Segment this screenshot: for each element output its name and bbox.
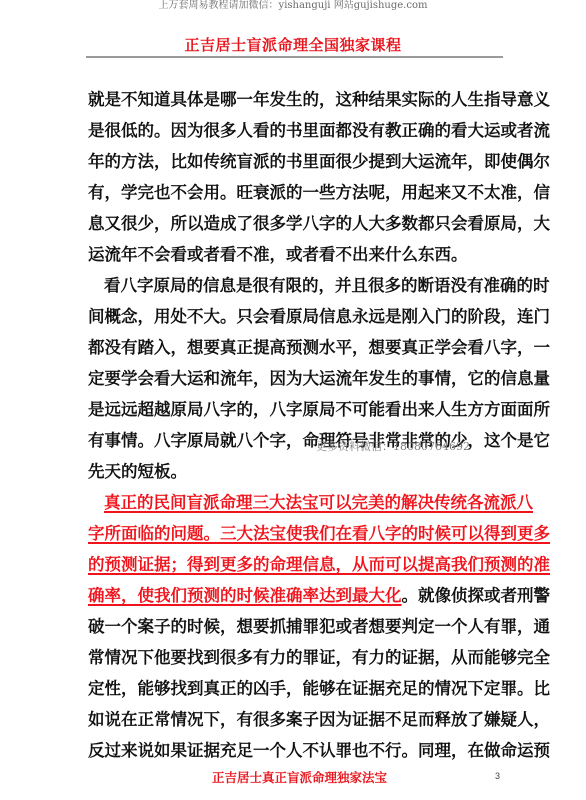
- body-line: 是远远超越原局八字的，八字原局不可能看出来人生方方面面所: [88, 394, 502, 425]
- body-line: 破一个案子的时候，想要抓捕罪犯或者想要判定一个人有罪，通: [88, 611, 502, 642]
- mixed-line: 确率，使我们预测的时候准确率达到最大化。就像侦探或者刑警: [88, 580, 502, 611]
- body-line: 定要学会看大运和流年，因为大运流年发生的事情，它的信息量: [88, 363, 502, 394]
- body-line: 反过来说如果证据充足一个人不认罪也不行。同理，在做命运预: [88, 735, 502, 766]
- body-line-paragraph-start: 看八字原局的信息是很有限的，并且很多的断语没有准确的时: [88, 270, 502, 301]
- highlighted-line: 字所面临的问题。三大法宝使我们在看八字的时候可以得到更多: [88, 518, 502, 549]
- body-line: 运流年不会看或者看不准，或者看不出来什么东西。: [88, 239, 502, 270]
- body-line: 就是不知道具体是哪一年发生的，这种结果实际的人生指导意义: [88, 84, 502, 115]
- body-line: 息又很少，所以造成了很多学八字的人大多数都只会看原局，大: [88, 208, 502, 239]
- body-span: 。就像侦探或者刑警: [402, 586, 551, 605]
- body-line: 先天的短板。: [88, 456, 502, 487]
- body-line: 是很低的。因为很多人看的书里面都没有教正确的看大运或者流: [88, 115, 502, 146]
- body-line: 定性，能够找到真正的凶手，能够在证据充足的情况下定罪。比: [88, 673, 502, 704]
- highlighted-line-paragraph-start: 真正的民间盲派命理三大法宝可以完美的解决传统各流派八: [88, 487, 502, 518]
- page-header-title: 正吉居士盲派命理全国独家课程: [0, 36, 586, 54]
- top-watermark: 上万套周易教程请加微信：yishanguji 网站gujishuge.com: [0, 0, 586, 12]
- page-footer-title: 正吉居士真正盲派命理独家法宝: [212, 770, 380, 786]
- body-line: 有，学完也不会用。旺衰派的一些方法呢，用起来又不太准，信: [88, 177, 502, 208]
- document-body: 就是不知道具体是哪一年发生的，这种结果实际的人生指导意义 是很低的。因为很多人看…: [88, 84, 502, 766]
- body-line: 间概念，用处不大。只会看原局信息永远是刚入门的阶段，连门: [88, 301, 502, 332]
- body-line: 如说在正常情况下，有很多案子因为证据不足而释放了嫌疑人，: [88, 704, 502, 735]
- body-line: 常情况下他要找到很多有力的罪证，有力的证据，从而能够完全: [88, 642, 502, 673]
- page-number: 3: [495, 770, 500, 782]
- body-line: 都没有踏入，想要真正提高预测水平，想要真正学会看八字，一: [88, 332, 502, 363]
- header-divider: [86, 56, 503, 58]
- highlighted-line: 的预测证据；得到更多的命理信息，从而可以提高我们预测的准: [88, 549, 502, 580]
- body-line: 年的方法，比如传统盲派的书里面很少提到大运流年，即使偶尔: [88, 146, 502, 177]
- highlighted-span: 确率，使我们预测的时候准确率达到最大化: [88, 586, 402, 605]
- contact-watermark: 更多资料微信：18080764692: [316, 440, 470, 454]
